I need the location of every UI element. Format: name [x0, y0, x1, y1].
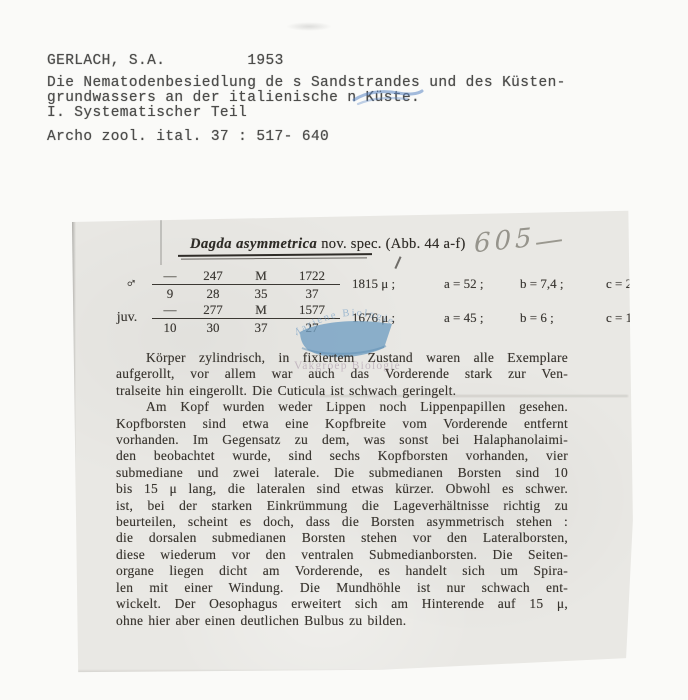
paragraph-line: len mit einer Windung. Die Mundhöhle ist… [116, 580, 568, 596]
scanned-card: Dagda asymmetrica nov. spec. (Abb. 44 a-… [68, 208, 634, 674]
fraction-denominator-cell: 37 [238, 320, 284, 335]
pencil-flourish [536, 239, 562, 244]
fraction-denominator-cell: 37 [284, 286, 340, 301]
species-name: Dagda asymmetrica [190, 236, 317, 252]
body-length-value: 1815 μ ; [352, 276, 424, 292]
bib-author-line: GERLACH, S.A.1953 [47, 53, 284, 69]
species-heading: Dagda asymmetrica nov. spec. (Abb. 44 a-… [190, 236, 466, 253]
paragraph-line: bis 15 μ lang, die lateralen sind etwas … [116, 481, 568, 497]
paragraph-line: beurteilen, scheint es doch, dass die Bo… [116, 514, 568, 530]
formula-numerators: — 247 M 1722 [152, 268, 340, 285]
fraction-denominator-cell: 9 [152, 286, 188, 301]
paragraph-line: tralseite hin eingerollt. Die Cuticula i… [116, 383, 568, 399]
paragraph-line: Körper zylindrisch, in fixiertem Zustand… [116, 350, 568, 366]
fraction-numerator-cell: 1722 [284, 268, 340, 283]
bib-author: GERLACH, S.A. [47, 53, 165, 69]
fraction-denominator-cell: 10 [152, 320, 188, 335]
bib-title-line-1: Die Nematodenbesiedlung de s Sandstrande… [47, 75, 566, 91]
paragraph-line: submediane und zwei laterale. Die submed… [116, 465, 568, 481]
fraction-numerator-cell: 277 [188, 302, 238, 317]
fraction-numerator-cell: 247 [188, 268, 238, 283]
paragraph-line: diese wiederum vor den ventralen Submedi… [116, 547, 568, 563]
ratio-b-value: b = 7,4 ; [520, 276, 592, 292]
paragraph-line: ohne hier aber einen deutlichen Bulbus z… [116, 613, 568, 629]
ratio-a-value: a = 52 ; [444, 276, 508, 292]
blue-pen-scribble-annotation [352, 84, 424, 108]
bib-citation: Archo zool. ital. 37 : 517- 640 [47, 129, 329, 145]
male-symbol: ♂ [123, 274, 138, 293]
fraction-numerator-cell: M [238, 302, 284, 317]
handwritten-page-number: 605 [474, 223, 535, 260]
paragraph-line: Kopfborsten sind etwa eine Kopfbreite vo… [116, 416, 568, 432]
description-paragraphs: Körper zylindrisch, in fixiertem Zustand… [116, 350, 568, 629]
demanian-formula: — 247 M 1722 9 28 35 37 [152, 268, 340, 301]
bib-year: 1953 [247, 53, 283, 69]
paragraph-line: vorhanden. Im Gegensatz zu dem, was sons… [116, 432, 568, 448]
ratio-c-value: c = 16,7 [606, 310, 648, 326]
ratio-a-value: a = 45 ; [444, 310, 508, 326]
scan-smudge [286, 22, 332, 31]
paragraph-line: den beobachtet wurde, sind sechs Kopfbor… [116, 448, 568, 464]
fraction-denominator-cell: 28 [188, 286, 238, 301]
fraction-denominator-cell: 35 [238, 286, 284, 301]
measurement-row-male: ♂ — 247 M 1722 9 28 35 37 1815 μ ; a = 5… [116, 266, 642, 302]
heading-underline-top [178, 253, 372, 257]
paragraph-line: organe liegen dicht am Vorderende, es ha… [116, 563, 568, 579]
fraction-numerator-cell: M [238, 268, 284, 283]
heading-rest: nov. spec. (Abb. 44 a-f) [317, 236, 465, 252]
scan-line-artifact [160, 213, 162, 265]
paragraph-line: ist, bei der starken Einkrümmung die Lag… [116, 498, 568, 514]
heading-underline-bottom [181, 257, 367, 259]
ratio-c-value: c = 20. [606, 276, 642, 292]
fraction-numerator-cell: — [152, 268, 188, 283]
paragraph-line: die dorsalen submedianen Borsten stehen … [116, 530, 568, 546]
ratio-b-value: b = 6 ; [520, 310, 592, 326]
paragraph-line: wickelt. Der Oesophagus erweitert sich a… [116, 596, 568, 612]
fraction-denominator-cell: 30 [188, 320, 238, 335]
paragraph-line: aufgerollt, vor allem war auch das Vorde… [116, 366, 568, 382]
formula-denominators: 9 28 35 37 [152, 285, 340, 301]
bib-title-line-3: I. Systematischer Teil [47, 105, 247, 121]
juvenile-label: juv. [108, 310, 146, 326]
paragraph-line: Am Kopf wurden weder Lippen noch Lippenp… [116, 399, 568, 415]
fraction-numerator-cell: — [152, 302, 188, 317]
